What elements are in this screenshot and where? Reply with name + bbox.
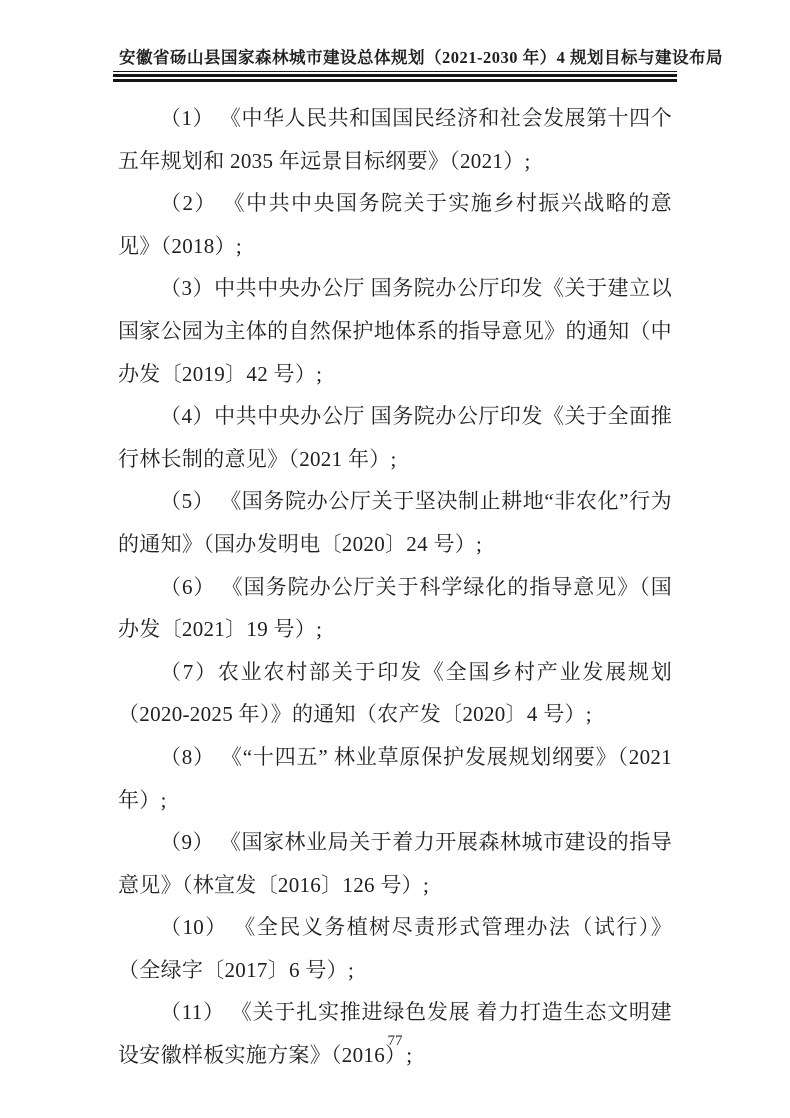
list-item-1: （1） 《中华人民共和国国民经济和社会发展第十四个五年规划和 2035 年远景目… (118, 97, 672, 182)
header-left-title: 安徽省砀山县国家森林城市建设总体规划（2021-2030 年） (119, 44, 557, 68)
document-page: 安徽省砀山县国家森林城市建设总体规划（2021-2030 年） 4 规划目标与建… (0, 0, 790, 1118)
list-item-5: （5） 《国务院办公厅关于坚决制止耕地“非农化”行为的通知》（国办发明电〔202… (118, 480, 672, 565)
page-number: 77 (388, 1033, 403, 1049)
list-item-6: （6） 《国务院办公厅关于科学绿化的指导意见》（国办发〔2021〕19 号）; (118, 566, 672, 651)
reference-list: （1） 《中华人民共和国国民经济和社会发展第十四个五年规划和 2035 年远景目… (118, 97, 672, 1077)
list-item-3: （3）中共中央办公厅 国务院办公厅印发《关于建立以国家公园为主体的自然保护地体系… (118, 267, 672, 395)
header-right-title: 4 规划目标与建设布局 (557, 44, 723, 68)
list-item-2: （2） 《中共中央国务院关于实施乡村振兴战略的意见》（2018）; (118, 182, 672, 267)
page-header: 安徽省砀山县国家森林城市建设总体规划（2021-2030 年） 4 规划目标与建… (113, 44, 677, 82)
header-divider (113, 74, 677, 82)
list-item-8: （8） 《“十四五” 林业草原保护发展规划纲要》（2021 年）; (118, 736, 672, 821)
page-footer: 77 (0, 1033, 790, 1050)
list-item-9: （9） 《国家林业局关于着力开展森林城市建设的指导意见》（林宣发〔2016〕12… (118, 821, 672, 906)
list-item-7: （7）农业农村部关于印发《全国乡村产业发展规划（2020-2025 年）》的通知… (118, 651, 672, 736)
list-item-10: （10） 《全民义务植树尽责形式管理办法（试行）》（全绿字〔2017〕6 号）; (118, 906, 672, 991)
list-item-4: （4）中共中央办公厅 国务院办公厅印发《关于全面推行林长制的意见》（2021 年… (118, 395, 672, 480)
header-row: 安徽省砀山县国家森林城市建设总体规划（2021-2030 年） 4 规划目标与建… (113, 44, 677, 72)
